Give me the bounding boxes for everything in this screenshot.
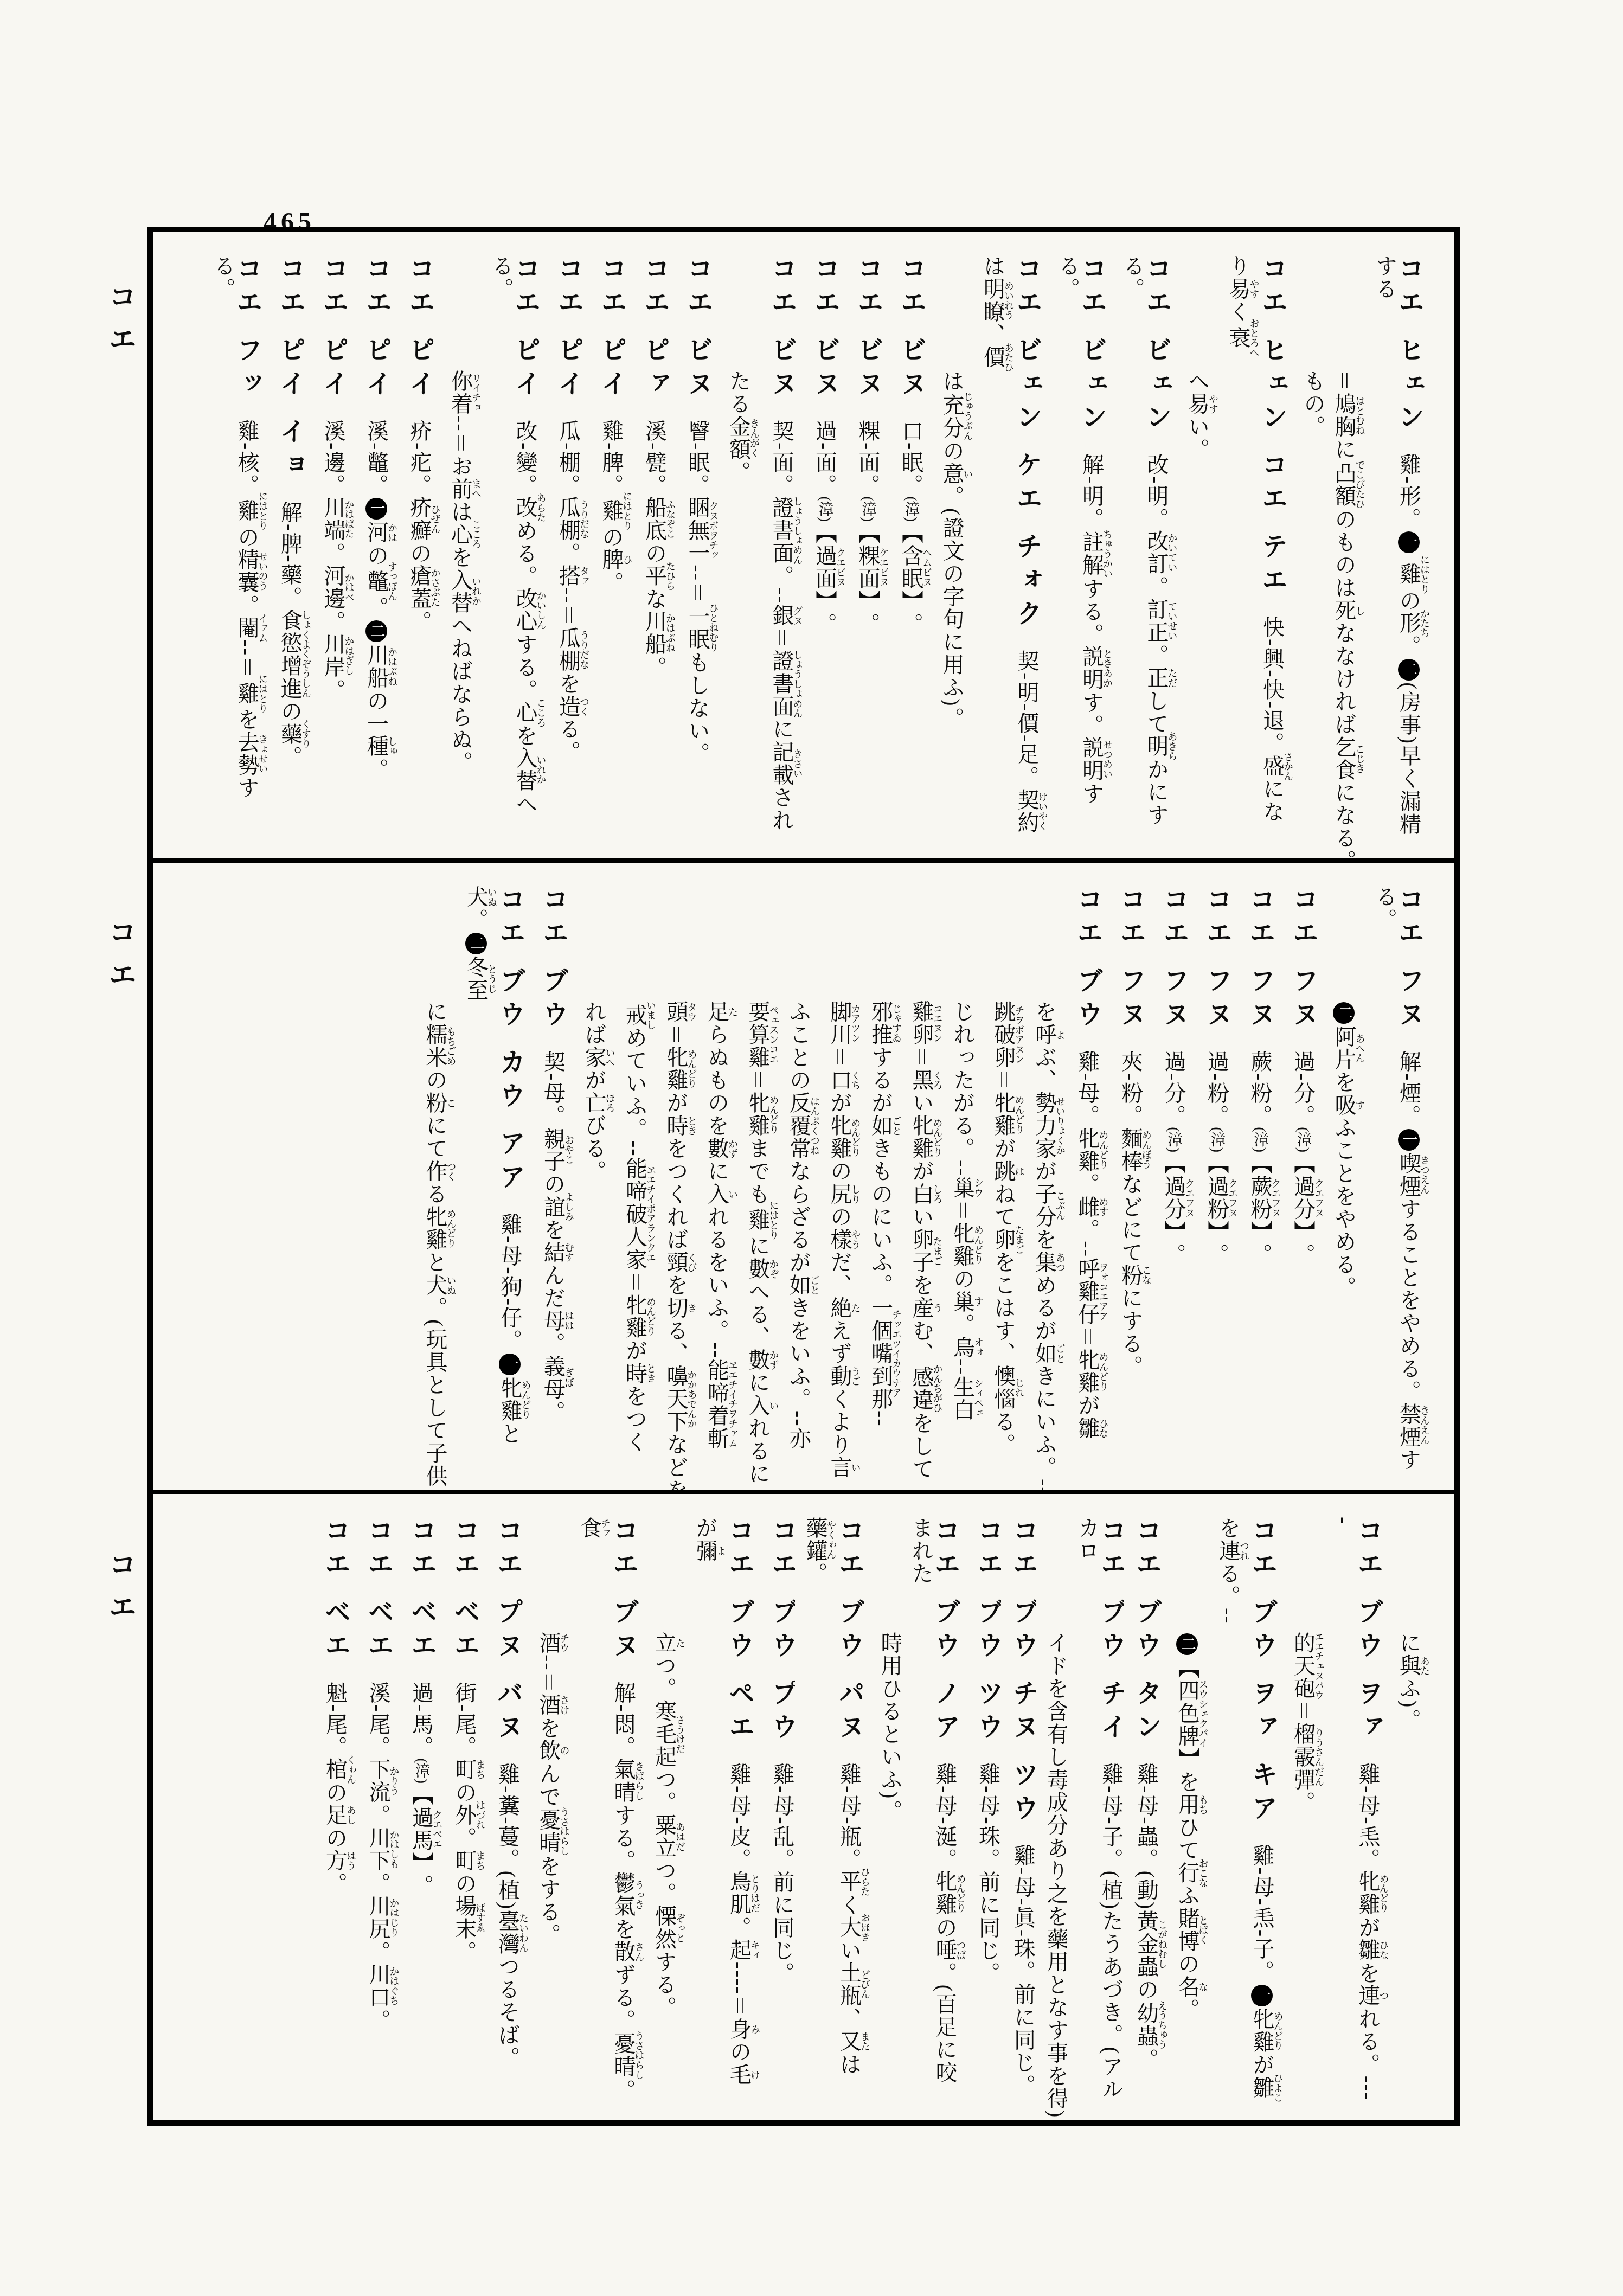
entry-definition: 要算雞ペェスンコエ＝牝雞めんどりまでも雞にはとりに數かぞへる、數かずに入いれるに <box>747 1001 770 1485</box>
entry-definition: ふことの反覆常はんぷくつねならざるが如ごときをいふ。--亦 <box>788 1001 811 1450</box>
ruby-annotated-text: 冬至とうじ <box>465 956 489 1002</box>
entry-column: コエ ビェン ケエ チォク契-明-價-足。契約けいやくは明瞭めいれう、價あたひ <box>982 255 1048 844</box>
ruby-annotated-text: 酒さけ <box>537 1694 561 1716</box>
entry-column: コエ ブウ ペエ雞-母-皮。鳥肌とりはだ。起キィ----＝身みの毛けが彌よ <box>694 1517 760 2106</box>
entry-column: コエ ピァ溪-甓。船底ふなぞこの平たひらな川船かはぶね。 <box>641 255 676 844</box>
circled-number: 一 <box>1251 1985 1273 2006</box>
entry-column: コエ フヌ蕨-粉。(漳)【蕨粉】クエフヌ。 <box>1247 886 1281 1475</box>
entry-headword: コエ ヒェン コエ テエ <box>1258 255 1287 600</box>
ruby-annotated-text: 川船かはぶね <box>364 644 389 689</box>
ruby-annotated-text: 搭タァ <box>556 565 581 587</box>
ruby-annotated-text: 牝雞めんどり <box>1356 1870 1380 1916</box>
entry-headword: コエ ビェン <box>1142 255 1171 437</box>
ruby-annotated-text: 如ごと <box>1034 1342 1057 1365</box>
ruby-annotated-text: 【過分】クエフヌ <box>1291 1152 1316 1243</box>
ruby-annotated-text: 疥癬ひぜん <box>407 496 432 542</box>
entry-headword: コエ ビェン <box>1077 255 1106 437</box>
ruby-annotated-text: 凸額でこびたひ <box>1333 461 1356 508</box>
ruby-annotated-text: 口くち <box>829 1069 852 1092</box>
entry-definition: 戒いましめていふ。--能啼破人家ヱエチイポアランクエ＝牝雞めんどりが時ときをつく <box>624 1001 647 1453</box>
continuation-column: ふことの反覆常はんぷくつねならざるが如ごときをいふ。--亦 <box>788 886 820 1493</box>
entry-headword: コエ ブウ ツウ <box>975 1517 1001 1747</box>
ruby-annotated-text: 銀グヌ <box>769 604 794 627</box>
continuation-column: へ易やすい。 <box>1186 255 1218 863</box>
entry-headword: コエ ベエ <box>451 1517 479 1665</box>
ruby-annotated-text: 牝雞めんどり <box>665 1046 688 1092</box>
entry-headword: コエ ピイ <box>555 255 583 403</box>
entry-column: コエ ヒェン雞-形。一雞にはとりの形かたち。二(房事)早く漏精する <box>1374 255 1430 844</box>
entry-definition: 二【四色牌】スウシェクパイを用もちひて行おこなふ賭博とばくの名な。 <box>1176 1632 1199 2021</box>
entry-definition: 立たつ。寒毛起さうけだつ。粟立あはだつ。慄然ぞっとする。 <box>653 1632 677 2019</box>
ruby-annotated-text: 彌よ <box>694 1540 717 1562</box>
entry-headword: コエ フヌ <box>1160 886 1188 1034</box>
entry-definition: 的天砲エエチェヌパウ＝榴霰彈りうさんだん。 <box>1292 1632 1316 1814</box>
entry-definition: 溪-尾。下流かりう。川下かはしも。川尻かはじり。川口かはぐち。 <box>366 1682 390 2031</box>
ruby-annotated-text: 數かず <box>747 1349 770 1371</box>
ruby-annotated-text: 牝雞めんどり <box>624 1294 647 1339</box>
ruby-annotated-text: 用もち <box>1176 1793 1199 1816</box>
ruby-annotated-text: 【過馬】クエペエ <box>409 1784 434 1875</box>
ruby-annotated-text: 雞にはとり <box>1397 555 1421 589</box>
ruby-annotated-text: 乞食こじき <box>1333 736 1356 781</box>
ruby-annotated-text: 説明せつめい <box>1080 736 1104 782</box>
entry-definition: ＝鳩胸はとむねに凸額でこびたひのものは死しななければ乞食こじきになる。 <box>1333 370 1356 863</box>
continuation-column: 的天砲エエチェヌパウ＝榴霰彈りうさんだん。 <box>1292 1517 1324 2120</box>
continuation-column: れば家いへが亡ほろびる。 <box>583 886 615 1493</box>
margin-index-tab: コエ <box>102 918 140 1002</box>
entry-definition: 蕨-粉。(漳)【蕨粉】クエフヌ。 <box>1248 1050 1272 1266</box>
continuation-column: じれったがる。--巢シウ＝牝雞めんどりの巢す。烏オォ--生白シィペェ <box>952 886 984 1493</box>
ruby-annotated-text: 雞にはとり <box>235 496 259 525</box>
ruby-annotated-text: 證書面しょうしょめん <box>769 496 794 565</box>
continuation-column: もの。 <box>1302 255 1324 863</box>
ruby-annotated-text: 河かは <box>364 521 389 544</box>
ruby-annotated-text: 【過粉】クエフヌ <box>1205 1152 1229 1243</box>
circled-number: 一 <box>365 498 387 520</box>
ruby-annotated-text: 明あきら <box>1144 735 1169 758</box>
entry-column: コエ ブウ雞-母。牝雞めんどり。雌めす。--呼雞仔ヲォコエアア＝牝雞めんどりが雛… <box>1074 886 1108 1475</box>
ruby-annotated-text: 契約けいやく <box>1015 788 1039 834</box>
ruby-annotated-text: 入替いれか <box>450 569 473 614</box>
ruby-annotated-text: 記載きさい <box>769 741 794 786</box>
entry-column: コエ ブウ ノア雞-母-涎。牝雞めんどりの唾つば。(百足に咬まれた <box>910 1517 966 2106</box>
ruby-annotated-text: 註解ちゅうかい <box>1080 530 1104 577</box>
entry-headword: コエ ビヌ <box>898 255 926 403</box>
ruby-annotated-text: 藥くすり <box>278 723 303 746</box>
entry-headword: コエ ベエ <box>322 1517 350 1665</box>
entry-headword: コエ ピイ イョ <box>277 255 305 485</box>
entry-definition: 酒チウ--＝酒さけを飲のんで憂晴うさはらしをする。 <box>537 1632 561 1946</box>
entry-definition: 過-分。(漳)【過分】クエフヌ。 <box>1291 1050 1316 1266</box>
entry-column: コエ フッ雞-核。雞にはとりの精囊せいのう。閹イァム--＝雞にはとりを去勢きょせ… <box>212 255 268 844</box>
ruby-annotated-text: 説明ときあか <box>1080 645 1104 691</box>
ruby-annotated-text: 賭博とばく <box>1176 1907 1199 1953</box>
ruby-annotated-text: 大おほき <box>837 1916 862 1939</box>
ruby-annotated-text: 死し <box>1333 599 1356 622</box>
ruby-annotated-text: 牝雞めんどり <box>910 1114 934 1160</box>
ruby-annotated-text: 數かず <box>706 1137 729 1160</box>
continuation-column: 跳破卵チヲボアヌン＝牝雞めんどりが跳はねて卵たまごをこはす、懊惱じれる。 <box>992 886 1024 1493</box>
ruby-annotated-text: 懊惱じれ <box>992 1365 1016 1410</box>
entry-definition: 雞-母。牝雞めんどり。雌めす。--呼雞仔ヲォコエアア＝牝雞めんどりが雛ひな <box>1075 1050 1100 1440</box>
ruby-annotated-text: 與あた <box>1398 1654 1421 1677</box>
entry-definition: 你着リイチョ--＝お前まへは心こころを入替いれかへねばならぬ。 <box>450 370 473 774</box>
ruby-annotated-text: 易やす <box>1186 393 1210 415</box>
entry-headword: コエ ピイ <box>363 255 391 403</box>
entry-headword: コエ ブウ ヲァ <box>1353 1517 1382 1747</box>
ruby-annotated-text: 牝雞めんどり <box>992 1092 1016 1137</box>
ruby-annotated-text: 作つく <box>424 1160 447 1183</box>
ruby-annotated-text: 棺くゎん <box>323 1758 348 1781</box>
entry-headword: コエ フヌ <box>1247 886 1274 1034</box>
entry-headword: コエ ブウ カウ アア <box>496 886 524 1197</box>
circled-number: 二 <box>465 933 487 954</box>
entry-definition: れば家いへが亡ほろびる。 <box>583 1001 606 1183</box>
ruby-annotated-text: 黃金蟲こがねむし <box>1134 1910 1159 1978</box>
entry-definition: 夾-粉。麵棒めんぼうなどにて粉こなにする。 <box>1119 1050 1143 1377</box>
entry-column: コエ ブウ ツウ雞-母-珠。前に同じ。 <box>975 1517 1001 2106</box>
ruby-annotated-text: 義母ぎぼ <box>541 1355 566 1401</box>
entry-definition: に與あたふ)。 <box>1398 1632 1421 1731</box>
continuation-column: に糯米もちごめの粉こにて作つくる牝雞めんどりと犬いぬ。(玩具として子供 <box>424 886 456 1493</box>
ruby-annotated-text: 牝雞めんどり <box>1250 2008 1274 2054</box>
continuation-column: 酒チウ--＝酒さけを飲のんで憂晴うさはらしをする。 <box>537 1517 569 2120</box>
ruby-annotated-text: 喫煙きつえん <box>1397 1152 1421 1198</box>
entry-column: コエ ピイ溪-邊。川端かはばた。河邊かはべ。川岸かはぎし。 <box>320 255 354 844</box>
entry-headword: コエ ブウ タン <box>1133 1517 1161 1747</box>
entry-definition: 雞-母-蟲。(動)黃金蟲こがねむしの幼蟲えうちゅう。 <box>1134 1763 1159 2071</box>
ruby-annotated-text: 親子おやこ <box>541 1127 566 1173</box>
ruby-annotated-text: 吸す <box>1333 1094 1356 1117</box>
ruby-annotated-text: 閹イァム <box>235 617 259 639</box>
entry-column: コエ ブウ ヲァ キア雞-母-𤆬-子。一牝雞めんどりが雛ひよこを連つれる。-- <box>1217 1517 1283 2106</box>
circled-number: 一 <box>499 1354 521 1375</box>
dialect-marker: (漳) <box>903 496 920 522</box>
ruby-annotated-text: 慄然ぞっと <box>653 1905 677 1951</box>
continuation-column: たる金額きんがく。 <box>728 255 760 863</box>
continuation-column: は充分じゅうぶんの意い。(證文の字句に用ふ)。 <box>941 255 973 863</box>
entry-definition: 跳破卵チヲボアヌン＝牝雞めんどりが跳はねて卵たまごをこはす、懊惱じれる。 <box>992 1001 1016 1456</box>
entry-headword: コエ ブウ プウ <box>769 1517 795 1747</box>
entry-headword: コエ ブウ ペエ <box>725 1517 754 1747</box>
ruby-annotated-text: 土瓶どびん <box>837 1961 862 2007</box>
ruby-annotated-text: 時とき <box>624 1362 647 1385</box>
ruby-annotated-text: 平たひら <box>643 565 667 587</box>
entry-column: コエ フヌ過-粉。(漳)【過粉】クエフヌ。 <box>1204 886 1238 1475</box>
entry-definition: 口-眠。(漳)【含眠】ヘムビヌ。 <box>899 420 923 636</box>
entry-column: コエ ピイ溪-鼈。一河かはの鼈すっぽん。二川船かはぶねの一種しゅ。 <box>363 255 397 844</box>
entry-definition: じれったがる。--巢シウ＝牝雞めんどりの巢す。烏オォ--生白シィペェ <box>952 1001 975 1421</box>
ruby-annotated-text: 阿片あへん <box>1333 1025 1356 1071</box>
circled-number: 二 <box>1176 1633 1198 1655</box>
ruby-annotated-text: 散さん <box>611 1940 636 1963</box>
ruby-annotated-text: 方はう <box>323 1849 348 1872</box>
ruby-annotated-text: 毛け <box>727 2063 752 2086</box>
ruby-annotated-text: 盛さかん <box>1260 755 1285 778</box>
ruby-annotated-text: 入い <box>747 1394 770 1417</box>
ruby-annotated-text: 粉こ <box>424 1092 447 1114</box>
continuation-column: を呼よぶ、勢力家せいりょくかが子分こぶんを集あつめるが如ごときにいふ。-- <box>1034 886 1066 1493</box>
ruby-annotated-text: 【粿面】ケエビヌ <box>856 522 880 613</box>
ruby-annotated-text: 卵子たまご <box>910 1228 934 1274</box>
ruby-annotated-text: 行おこな <box>1176 1862 1199 1884</box>
entry-column: コエ ビェン改-明。改訂かいてい。訂正ていせい。正ただして明あきらかにする。 <box>1121 255 1177 844</box>
ruby-annotated-text: 頸くび <box>665 1251 688 1274</box>
ruby-annotated-text: 食慾增進しょくよくぞうしん <box>278 609 303 700</box>
entry-definition: 溪-甓。船底ふなぞこの平たひらな川船かはぶね。 <box>643 420 667 678</box>
entry-headword: コエ ピイ <box>320 255 348 403</box>
ruby-annotated-text: 起キィ <box>727 1939 752 1961</box>
ruby-annotated-text: 白しろ <box>910 1183 934 1205</box>
entry-definition: たる金額きんがく。 <box>728 370 751 484</box>
continuation-column: 足たらぬものを數かずに入いれるをいふ。--能啼着斬ヱエチイチヲチァム <box>706 886 738 1493</box>
ruby-annotated-text: 食チァ <box>579 1517 602 1540</box>
ruby-annotated-text: 邪推じゃすゐ <box>870 1001 893 1046</box>
entry-column: コエ ブウ チイ雞-母-子。(植)たうあづき。(アルカロ <box>1076 1517 1124 2106</box>
ruby-annotated-text: 連つ <box>1356 1984 1380 2007</box>
ruby-annotated-text: 戒いまし <box>624 1001 647 1027</box>
ruby-annotated-text: 川口かはぐち <box>366 1963 390 2009</box>
entry-definition: 魁-尾。棺くゎんの足あしの方はう。 <box>323 1682 348 1895</box>
ruby-annotated-text: 巢シウ <box>952 1177 975 1200</box>
entry-headword: コエ ブウ <box>1074 886 1102 1034</box>
continuation-column: イドを含有し毒成分あり之を藥用となす事を得)。 <box>1045 1517 1067 2120</box>
ruby-annotated-text: 瘡蓋かさぶた <box>407 565 432 610</box>
ruby-annotated-text: 去勢きょせい <box>235 731 259 777</box>
entry-column: コエ ブウ契-母。親子おやこの誼よしみを結むすんだ母はは。義母ぎぼ。 <box>540 886 574 1475</box>
entry-definition: イドを含有し毒成分あり之を藥用となす事を得)。 <box>1045 1632 1067 2120</box>
ruby-annotated-text: 言い <box>829 1456 852 1479</box>
ruby-annotated-text: 跳は <box>992 1160 1016 1183</box>
ruby-annotated-text: 川下かはしも <box>366 1826 390 1872</box>
entry-definition: 頭タウ＝牝雞めんどりが時ときをつくれば頸くびを切きる、嚊天下かかあでんかなどを <box>665 1001 688 1493</box>
ruby-annotated-text: 雞にはとり <box>235 679 259 708</box>
entry-column: コエ ブウ タン雞-母-蟲。(動)黃金蟲こがねむしの幼蟲えうちゅう。 <box>1133 1517 1167 2106</box>
ruby-annotated-text: 牝雞めんどり <box>829 1114 852 1160</box>
ruby-annotated-text: 樣やう <box>829 1228 852 1251</box>
continuation-column: 邪推じゃすゐするが如ごときものにいふ。一個嘴到那チッエツイカウナア-- <box>870 886 902 1493</box>
entry-headword: コエ ピイ <box>511 255 540 403</box>
ruby-annotated-text: 川尻かはじり <box>366 1895 390 1940</box>
ruby-annotated-text: 粉こな <box>1119 1264 1143 1287</box>
ruby-annotated-text: 連つれ <box>1217 1540 1241 1562</box>
ruby-annotated-text: 形かたち <box>1397 612 1421 634</box>
margin-index-tab: コエ <box>102 1550 140 1634</box>
ruby-annotated-text: 精囊せいのう <box>235 548 259 594</box>
entry-column: コエ ピイ瓜-棚。瓜棚うりだな。搭タァ--＝瓜棚うりだなを造つくる。 <box>555 255 589 844</box>
ruby-annotated-text: 唾つば <box>933 1939 957 1961</box>
entry-definition: 雞卵コエヌン＝黑くろい牝雞めんどりが白しろい卵子たまごを産うむ、感違かんちがひを… <box>910 1001 934 1480</box>
ruby-annotated-text: 尻しり <box>829 1183 852 1205</box>
entry-headword: コエ ブウ パヌ <box>835 1517 864 1747</box>
ruby-annotated-text: 瓜棚うりだな <box>556 627 581 672</box>
ruby-annotated-text: 改あらた <box>513 496 537 519</box>
entry-definition: 溪-邊。川端かはばた。河邊かはべ。川岸かはぎし。 <box>321 420 345 701</box>
entry-headword: コエ ビヌ <box>855 255 882 403</box>
ruby-annotated-text: 前まへ <box>450 478 473 501</box>
ruby-annotated-text: 心こころ <box>450 523 473 546</box>
margin-index-tab: コエ <box>102 282 140 367</box>
entry-column: コエ ビヌ瞖-眠。睏無一クヌボヲチッ--＝一眠ひとねむりもしない。 <box>684 255 719 844</box>
continuation-column: 戒いましめていふ。--能啼破人家ヱエチイポアランクエ＝牝雞めんどりが時ときをつく <box>624 886 656 1493</box>
ruby-annotated-text: 你着リイチョ <box>450 370 473 415</box>
ruby-annotated-text: 酒チウ <box>537 1632 561 1654</box>
dialect-marker: (漳) <box>859 496 876 522</box>
entry-definition: 雞-母-珠。前に同じ。 <box>976 1763 1000 1985</box>
ruby-annotated-text: 的天砲エエチェヌパウ <box>1292 1632 1316 1700</box>
entry-definition: 瞖-眠。睏無一クヌボヲチッ--＝一眠ひとねむりもしない。 <box>685 420 710 765</box>
ruby-annotated-text: 臺灣たいわん <box>496 1910 520 1955</box>
continuation-column: 雞卵コエヌン＝黑くろい牝雞めんどりが白しろい卵子たまごを産うむ、感違かんちがひを… <box>910 886 942 1493</box>
ruby-annotated-text: 鳥肌とりはだ <box>727 1870 752 1916</box>
entry-column: コエ フヌ過-分。(漳)【過分】クエフヌ。 <box>1290 886 1324 1475</box>
entry-column: コエ ピイ イョ解-脾-藥。食慾增進しょくよくぞうしんの藥くすり。 <box>277 255 311 844</box>
ruby-annotated-text: 町まち <box>452 1758 477 1781</box>
ruby-annotated-text: 鼈すっぽん <box>364 567 389 596</box>
ruby-annotated-text: 粟立あはだ <box>653 1814 677 1859</box>
entry-headword: コエ ブウ <box>540 886 568 1034</box>
ruby-annotated-text: 氣晴きばらし <box>611 1758 636 1804</box>
entry-headword: コエ ピァ <box>641 255 669 403</box>
entry-definition: 過-馬。(漳)【過馬】クエペエ。 <box>409 1682 434 1897</box>
ruby-annotated-text: 易やす <box>1227 278 1250 300</box>
entry-headword: コエ ビェン ケエ チォク <box>1012 255 1041 633</box>
ruby-annotated-text: 又また <box>837 2030 862 2053</box>
ruby-annotated-text: 脾ひ <box>599 548 624 571</box>
ruby-annotated-text: 種しゅ <box>364 735 389 758</box>
ruby-annotated-text: 呼よ <box>1034 1023 1057 1046</box>
entry-definition: へ易やすい。 <box>1186 370 1210 461</box>
entry-column: コエ ビヌ契-面。證書面しょうしょめん。--銀グヌ＝證書面しょうしょめんに記載き… <box>768 255 803 844</box>
entry-column: コエ ピイ雞-脾。雞にはとりの脾ひ。 <box>598 255 632 844</box>
ruby-annotated-text: 價あたひ <box>982 346 1005 372</box>
ruby-annotated-text: 幼蟲えうちゅう <box>1134 2001 1159 2048</box>
entry-column: コエ ベエ過-馬。(漳)【過馬】クエペエ。 <box>408 1517 442 2106</box>
ruby-annotated-text: 【過面】クエビヌ <box>813 522 837 613</box>
entry-headword: コエ ヒェン <box>1395 255 1423 437</box>
entry-definition: 雞-脾。雞にはとりの脾ひ。 <box>599 420 624 594</box>
ruby-annotated-text: 牝雞めんどり <box>424 1205 447 1251</box>
ruby-annotated-text: 川船かはぶね <box>643 610 667 656</box>
entry-definition: 解-脾-藥。食慾增進しょくよくぞうしんの藥くすり。 <box>278 501 303 768</box>
ruby-annotated-text: 數かぞ <box>747 1258 770 1280</box>
entry-column: コエ ピイ疥-疕。疥癬ひぜんの瘡蓋かさぶた。 <box>406 255 440 844</box>
ruby-annotated-text: 立た <box>653 1632 677 1654</box>
entry-headword: コエ ビヌ <box>812 255 839 403</box>
entry-definition: 二阿片あへんを吸すふことをやめる。 <box>1333 1001 1356 1299</box>
entry-column: コエ ベエ街-尾。町まちの外はづれ。町まちの場末ばすゑ。 <box>451 1517 485 2106</box>
ruby-annotated-text: 犬いぬ <box>424 1274 447 1297</box>
dictionary-band-2: コエ フヌ解-煙。一喫煙きつえんすることをやめる。禁煙きんえんする。二阿片あへん… <box>153 863 1454 1493</box>
circled-number: 二 <box>365 620 387 642</box>
entry-definition: 邪推じゃすゐするが如ごときものにいふ。一個嘴到那チッエツイカウナア-- <box>870 1001 893 1427</box>
circled-number: 一 <box>1398 531 1420 553</box>
entry-definition: 脚川カアツン＝口くちが牝雞めんどりの尻しりの樣やうだ、絶たえず動うごくより言い <box>829 1001 852 1479</box>
ruby-annotated-text: 飲の <box>537 1739 561 1762</box>
entry-column: コエ ヒェン コエ テエ快-興-快-退。盛さかんになり易やすく衰おとろへ <box>1227 255 1293 844</box>
continuation-column: 脚川カアツン＝口くちが牝雞めんどりの尻しりの樣やうだ、絶たえず動うごくより言い <box>829 886 861 1493</box>
ruby-annotated-text: 子分こぶん <box>1034 1183 1057 1228</box>
ruby-annotated-text: 集あつ <box>1034 1251 1057 1274</box>
entry-headword: コエ フヌ <box>1290 886 1318 1034</box>
dialect-marker: (漳) <box>1295 1127 1312 1153</box>
entry-headword: コエ ピイ <box>598 255 626 403</box>
dictionary-band-1: コエ ヒェン雞-形。一雞にはとりの形かたち。二(房事)早く漏精する＝鳩胸はとむね… <box>153 232 1454 863</box>
ruby-annotated-text: 心こころ <box>513 701 537 724</box>
ruby-annotated-text: 切き <box>665 1297 688 1319</box>
ruby-annotated-text: 意い <box>941 463 964 485</box>
dialect-marker: (漳) <box>1209 1127 1226 1153</box>
entry-column: コエ ベエ魁-尾。棺くゎんの足あしの方はう。 <box>322 1517 356 2106</box>
entry-column: コエ フヌ過-分。(漳)【過分】クエフヌ。 <box>1160 886 1195 1475</box>
ruby-annotated-text: 雌めす <box>1075 1196 1100 1218</box>
entry-definition: 過-面。(漳)【過面】クエビヌ。 <box>813 420 837 636</box>
entry-definition: 足たらぬものを數かずに入いれるをいふ。--能啼着斬ヱエチイチヲチァム <box>706 1001 729 1450</box>
ruby-annotated-text: 平ひらた <box>837 1870 862 1893</box>
entry-definition: 過-粉。(漳)【過粉】クエフヌ。 <box>1205 1050 1229 1266</box>
entry-definition: 雞-母-乱。前に同じ。 <box>770 1763 794 1985</box>
continuation-column: 二【四色牌】スウシェクパイを用もちひて行おこなふ賭博とばくの名な。 <box>1176 1517 1208 2120</box>
ruby-annotated-text: 足た <box>706 1001 729 1023</box>
ruby-annotated-text: 卵たまご <box>992 1228 1016 1251</box>
ruby-annotated-text: 牝雞めんどり <box>1075 1349 1100 1394</box>
ruby-annotated-text: 鳩胸はとむね <box>1333 393 1356 438</box>
ruby-annotated-text: 町まち <box>452 1849 477 1872</box>
entry-definition: もの。 <box>1302 370 1324 438</box>
dialect-marker: (漳) <box>1165 1127 1182 1153</box>
entry-definition: 雞-母-眞-珠。前に同じ。 <box>1011 1844 1036 2097</box>
ruby-annotated-text: 金額きんがく <box>728 415 751 461</box>
ruby-annotated-text: 【含眠】ヘムビヌ <box>899 522 923 613</box>
entry-definition: 契-母。親子おやこの誼よしみを結むすんだ母はは。義母ぎぼ。 <box>541 1050 566 1423</box>
entry-column: コエ フヌ解-煙。一喫煙きつえんすることをやめる。禁煙きんえんする。 <box>1374 886 1430 1475</box>
ruby-annotated-text: 呼雞仔ヲォコエアア <box>1075 1258 1100 1326</box>
ruby-annotated-text: 正ただ <box>1144 666 1169 689</box>
entry-headword: コエ ベエ <box>408 1517 436 1665</box>
ruby-annotated-text: 改心かいしん <box>513 587 537 633</box>
dialect-marker: (漳) <box>817 496 833 522</box>
ruby-annotated-text: 鬱氣うっき <box>611 1872 636 1917</box>
entry-headword: コエ フヌ <box>1204 886 1231 1034</box>
ruby-annotated-text: 禁煙きんえん <box>1397 1403 1421 1448</box>
ruby-annotated-text: 改訂かいてい <box>1144 530 1169 575</box>
entry-headword: コエ プヌ バヌ <box>495 1517 522 1747</box>
entry-definition: 過-分。(漳)【過分】クエフヌ。 <box>1162 1050 1186 1266</box>
ruby-annotated-text: 足あし <box>323 1804 348 1826</box>
ruby-annotated-text: 明瞭めいれう <box>982 278 1005 323</box>
entry-column: コエ ブウ チヌ ツウ雞-母-眞-珠。前に同じ。 <box>1010 1517 1036 2106</box>
ruby-annotated-text: 【蕨粉】クエフヌ <box>1248 1152 1272 1243</box>
ruby-annotated-text: 場末ばすゑ <box>452 1895 477 1940</box>
entry-definition: 街-尾。町まちの外はづれ。町まちの場末ばすゑ。 <box>452 1682 477 1963</box>
entry-column: コエ ブウ プウ雞-母-乱。前に同じ。 <box>769 1517 795 2106</box>
ruby-annotated-text: 跳破卵チヲボアヌン <box>992 1001 1016 1069</box>
entry-headword: コエ ブウ ヲァ キア <box>1248 1517 1276 1828</box>
ruby-annotated-text: 牝雞めんどり <box>952 1222 975 1268</box>
entry-definition: 時用ひるといふ)。 <box>879 1632 901 1822</box>
entry-definition: を呼よぶ、勢力家せいりょくかが子分こぶんを集あつめるが如ごときにいふ。-- <box>1034 1001 1057 1493</box>
ruby-annotated-text: 感違かんちがひ <box>910 1365 934 1412</box>
ruby-annotated-text: 牝雞めんどり <box>933 1870 957 1916</box>
ruby-annotated-text: 雞卵コエヌン <box>910 1001 934 1046</box>
ruby-annotated-text: 下流かりう <box>366 1758 390 1804</box>
ruby-annotated-text: 犬いぬ <box>465 886 489 908</box>
entry-headword: コエ ブヌ <box>609 1517 638 1665</box>
ruby-annotated-text: 雞にはとり <box>747 1205 770 1235</box>
ruby-annotated-text: 牝雞めんどり <box>498 1377 522 1422</box>
entry-column: コエ プヌ バヌ雞-糞-蔓。(植)臺灣たいわんつるそば。 <box>495 1517 529 2106</box>
continuation-column: 頭タウ＝牝雞めんどりが時ときをつくれば頸くびを切きる、嚊天下かかあでんかなどを <box>665 886 697 1493</box>
